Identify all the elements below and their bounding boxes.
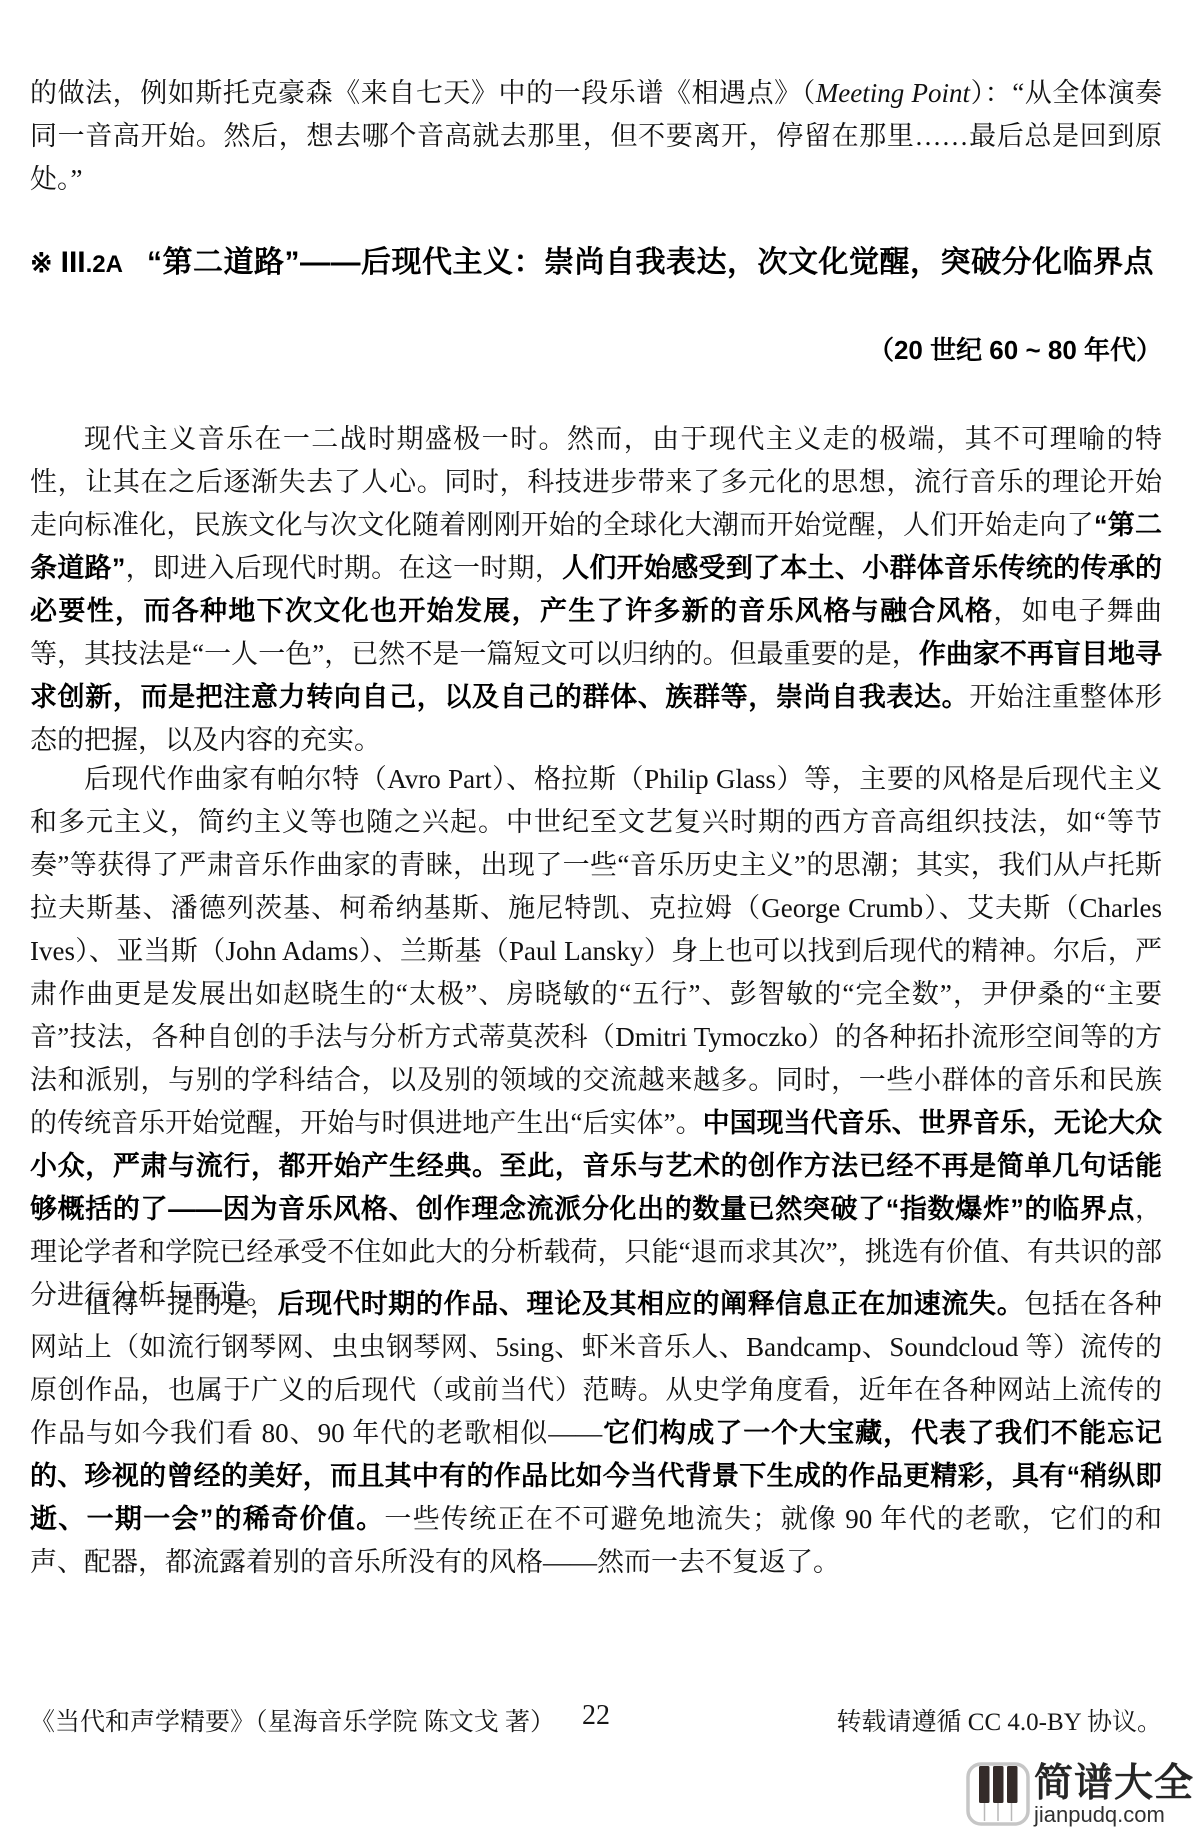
paragraph-2: 后现代作曲家有帕尔特（Avro Part）、格拉斯（Philip Glass）等… xyxy=(30,758,1162,1317)
footer-book-title: 《当代和声学精要》（星海音乐学院 陈文戈 著） xyxy=(30,1702,555,1738)
body-text: 后现代作曲家有帕尔特（Avro Part）、格拉斯（Philip Glass）等… xyxy=(30,764,1162,1138)
section-heading: ※III.2A“第二道路”——后现代主义：崇尚自我表达，次文化觉醒，突破分化临界… xyxy=(30,237,1162,281)
italic-text: Meeting Point xyxy=(816,78,970,108)
section-marker: ※ xyxy=(30,248,53,278)
watermark-brand-domain: jianpudq.com xyxy=(1034,1804,1194,1826)
body-text: 的做法，例如斯托克豪森《来自七天》中的一段乐谱《相遇点》（ xyxy=(30,78,816,108)
continuation-paragraph: 的做法，例如斯托克豪森《来自七天》中的一段乐谱《相遇点》（Meeting Poi… xyxy=(30,72,1162,201)
watermark-brand-name: 简谱大全 xyxy=(1034,1764,1194,1803)
body-text: 值得一提的是， xyxy=(84,1289,278,1319)
piano-keys-icon xyxy=(966,1762,1030,1826)
body-text: ，即进入后现代时期。在这一时期， xyxy=(125,553,562,583)
section-title: “第二道路”——后现代主义：崇尚自我表达，次文化觉醒，突破分化临界点 xyxy=(147,246,1154,279)
section-number: III xyxy=(61,246,86,279)
paragraph-1: 现代主义音乐在一二战时期盛极一时。然而，由于现代主义走的极端，其不可理喻的特性，… xyxy=(30,418,1162,762)
section-subnumber: .2A xyxy=(86,251,123,278)
body-text: 现代主义音乐在一二战时期盛极一时。然而，由于现代主义走的极端，其不可理喻的特性，… xyxy=(30,424,1162,540)
emphasis-text: 后现代时期的作品、理论及其相应的阐释信息正在加速流失。 xyxy=(278,1289,1025,1319)
footer-page-number: 22 xyxy=(582,1700,610,1732)
section-period-note: （20 世纪 60 ~ 80 年代） xyxy=(30,330,1162,367)
page-footer: 《当代和声学精要》（星海音乐学院 陈文戈 著） 22 转载请遵循 CC 4.0-… xyxy=(30,1702,1162,1742)
footer-license: 转载请遵循 CC 4.0-BY 协议。 xyxy=(837,1702,1162,1738)
site-watermark: 简谱大全 jianpudq.com xyxy=(966,1762,1194,1826)
paragraph-3: 值得一提的是，后现代时期的作品、理论及其相应的阐释信息正在加速流失。包括在各种网… xyxy=(30,1283,1162,1584)
watermark-text: 简谱大全 jianpudq.com xyxy=(1034,1762,1194,1826)
